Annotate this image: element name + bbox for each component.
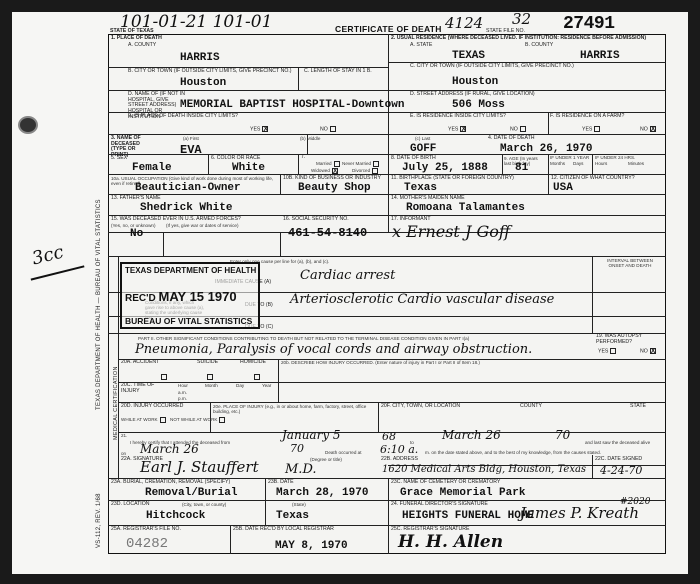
- certificate-number: 27491: [563, 14, 615, 34]
- hours-label: Hours: [595, 161, 607, 166]
- father-label: 13. FATHER'S NAME: [111, 196, 161, 202]
- armed-forces: No: [130, 228, 143, 240]
- under-24-hrs-label: IF UNDER 24 HRS.: [595, 155, 635, 160]
- business-label: 10b. KIND OF BUSINESS OR INDUSTRY: [283, 176, 381, 182]
- registrar-file-label: 25a. REGISTRAR'S FILE NO.: [111, 527, 181, 533]
- street-address: 506 Moss: [452, 99, 505, 111]
- binder-hole: [18, 116, 38, 134]
- homicide-label: HOMICIDE: [240, 360, 266, 366]
- divorced-option[interactable]: Divorced: [352, 168, 378, 174]
- immediate-cause: Cardiac arrest: [300, 268, 395, 283]
- months-label: Months: [550, 161, 565, 166]
- accident-label: 20a. ACCIDENT: [121, 360, 159, 366]
- registrar-signature: H. H. Allen: [398, 532, 503, 552]
- cemetery-label: 23c. NAME OF CEMETERY OR CREMATORY: [391, 480, 500, 486]
- middle-name-label: (b) Middle: [300, 136, 320, 141]
- homicide-checkbox[interactable]: [252, 368, 260, 386]
- hospital-name: MEMORIAL BAPTIST HOSPITAL-Downtown: [180, 99, 404, 111]
- death-inside-city-no[interactable]: NO: [320, 126, 336, 133]
- under-1-year-label: IF UNDER 1 YEAR: [550, 155, 589, 160]
- month-label: Month: [205, 383, 218, 388]
- physician-address: 1620 Medical Arts Bldg, Houston, Texas: [382, 464, 586, 475]
- farm-label: f. IS RESIDENCE ON A FARM?: [550, 114, 624, 120]
- pm-label: p.m.: [178, 396, 187, 401]
- describe-injury-label: 20b. DESCRIBE HOW INJURY OCCURRED. (Ente…: [281, 360, 480, 365]
- mother-name: Romoana Talamantes: [406, 202, 525, 214]
- form-number: VS-112, REV. 1/68: [96, 493, 102, 548]
- armed-forces-sub2: (If yes, give war or dates of service): [166, 223, 239, 228]
- attended-to-year: 70: [555, 428, 570, 442]
- autopsy-label: 19. WAS AUTOPSY PERFORMED?: [596, 334, 662, 345]
- street-label: d. STREET ADDRESS (If rural, give locati…: [410, 92, 535, 98]
- residence-state-label: a. STATE: [410, 43, 432, 49]
- interval-label: INTERVAL BETWEEN ONSET AND DEATH: [600, 258, 660, 268]
- injury-county-label: COUNTY: [520, 404, 542, 410]
- last-name: GOFF: [410, 143, 436, 155]
- residence-inside-city-yes[interactable]: YESX: [448, 126, 466, 133]
- burial-date-label: 23b. DATE: [268, 480, 294, 486]
- death-city-label: b. CITY OR TOWN (If outside city limits,…: [128, 69, 292, 75]
- minutes-label: Minutes: [628, 161, 644, 166]
- never-married-option[interactable]: Never Married: [342, 161, 379, 167]
- birthplace: Texas: [404, 182, 437, 194]
- injury-city-label: 20f. CITY, TOWN, OR LOCATION: [381, 404, 460, 410]
- location-label: 23d. LOCATION: [111, 502, 150, 508]
- married-option[interactable]: Married: [316, 161, 340, 167]
- part2-label: PART II. OTHER SIGNIFICANT CONDITIONS CO…: [138, 336, 469, 341]
- burial-state: Texas: [276, 510, 309, 522]
- armed-forces-label: 15. WAS DECEASED EVER IN U.S. ARMED FORC…: [111, 217, 241, 223]
- ssn-label: 16. SOCIAL SECURITY NO.: [283, 217, 349, 223]
- first-name-label: (a) First: [183, 136, 199, 141]
- informant-signature: x Ernest J Goff: [392, 222, 510, 241]
- date-recd-label: 25b. DATE REC'D BY LOCAL REGISTRAR: [233, 527, 334, 533]
- death-occurred-label: Death occurred at: [325, 450, 362, 455]
- stamp-line1: TEXAS DEPARTMENT OF HEALTH: [125, 266, 256, 275]
- residence-state: TEXAS: [452, 50, 485, 62]
- while-at-work-option[interactable]: WHILE AT WORK: [121, 417, 166, 423]
- injury-occurred-label: 20d. INJURY OCCURRED: [121, 404, 183, 410]
- date-of-death-label: 4. DATE OF DEATH: [488, 136, 535, 142]
- age: 81: [515, 162, 528, 174]
- citizenship: USA: [553, 182, 573, 194]
- year-label: Year: [262, 383, 271, 388]
- residence-county: HARRIS: [580, 50, 620, 62]
- last-seen-date: March 26: [140, 442, 199, 456]
- first-name: EVA: [180, 143, 202, 157]
- business: Beauty Shop: [298, 182, 371, 194]
- autopsy-yes[interactable]: YES: [598, 348, 616, 355]
- death-county: HARRIS: [180, 52, 220, 64]
- place-of-death-label: 1. PLACE OF DEATH: [111, 36, 162, 42]
- residence-inside-city-label: e. IS RESIDENCE INSIDE CITY LIMITS?: [410, 114, 506, 120]
- stamp-line3: BUREAU OF VITAL STATISTICS: [125, 316, 252, 326]
- time-of-death: 6:10 a.: [380, 443, 418, 456]
- death-city: Houston: [180, 77, 226, 89]
- cert-text2: and last saw the deceased alive: [585, 440, 650, 445]
- county-label: a. COUNTY: [128, 43, 156, 49]
- time-of-injury-label: 20c. TIME OF INJURY: [121, 383, 166, 394]
- injury-state-label: STATE: [630, 404, 646, 410]
- not-while-at-work-option[interactable]: NOT WHILE AT WORK: [170, 417, 225, 423]
- citizen-label: 12. CITIZEN OF WHAT COUNTRY?: [551, 176, 635, 182]
- am-label: a.m.: [178, 390, 187, 395]
- sex-label: 5. SEX: [111, 156, 127, 162]
- residence-county-label: b. COUNTY: [525, 43, 553, 49]
- suicide-label: SUICIDE: [197, 360, 218, 366]
- cemetery: Grace Memorial Park: [400, 487, 525, 499]
- marital-num: 7.: [301, 155, 305, 161]
- physician-signature: Earl J. Stauffert: [140, 458, 259, 476]
- margin-vertical-text: TEXAS DEPARTMENT OF HEALTH — BUREAU OF V…: [96, 199, 102, 410]
- handwritten-state-file: 32: [512, 10, 531, 28]
- occupation: Beautician-Owner: [135, 182, 241, 194]
- last-seen-year: 70: [290, 442, 304, 455]
- physician-degree: M.D.: [285, 462, 317, 477]
- funeral-license: #2020: [620, 497, 650, 507]
- location-sub: (City, town, or county): [182, 502, 226, 507]
- funeral-director-label: 24. FUNERAL DIRECTOR'S SIGNATURE: [391, 502, 488, 508]
- sex: Female: [132, 162, 172, 174]
- disposition-label: 23a. BURIAL, CREMATION, REMOVAL (Specify…: [111, 480, 230, 486]
- cert-num: 21.: [121, 433, 127, 438]
- residence-inside-city-no[interactable]: NO: [510, 126, 526, 133]
- date-signed: 4-24-70: [600, 464, 642, 477]
- farm-no[interactable]: NOX: [640, 126, 656, 133]
- physician-address-label: 22b. ADDRESS: [381, 457, 418, 463]
- social-security-number: 461-54-8140: [288, 226, 367, 240]
- attended-to-date: March 26: [442, 428, 501, 442]
- certificate-title: CERTIFICATE OF DEATH: [335, 24, 442, 34]
- days-label: Days: [573, 161, 583, 166]
- death-inside-city-label: e. IS PLACE OF DEATH INSIDE CITY LIMITS?: [128, 114, 238, 120]
- place-of-injury-label: 20e. PLACE OF INJURY (e.g., in or about …: [213, 404, 378, 414]
- residence-city: Houston: [452, 76, 498, 88]
- farm-yes[interactable]: YES: [582, 126, 600, 133]
- date-recd: MAY 8, 1970: [275, 540, 348, 552]
- attended-from-year: 68: [382, 430, 396, 443]
- date-signed-label: 22c. DATE SIGNED: [595, 457, 642, 463]
- received-stamp: TEXAS DEPARTMENT OF HEALTH REC'D MAY 15 …: [120, 262, 260, 329]
- date-of-birth: July 25, 1888: [402, 162, 488, 174]
- burial-location: Hitchcock: [146, 510, 205, 522]
- mother-label: 14. MOTHER'S MAIDEN NAME: [391, 196, 465, 202]
- disposition: Removal/Burial: [145, 487, 237, 499]
- due-to-b: Arteriosclerotic Cardio vascular disease: [290, 292, 554, 307]
- residence-label: 2. USUAL RESIDENCE (Where deceased lived…: [391, 36, 646, 42]
- attended-from-date: January 5: [282, 428, 341, 442]
- widowed-option[interactable]: WidowedX: [311, 168, 338, 174]
- autopsy-no[interactable]: NOX: [640, 348, 656, 355]
- stamp-recd: REC'D MAY 15 1970: [125, 289, 237, 304]
- death-inside-city-yes[interactable]: YESX: [250, 126, 268, 133]
- father-name: Shedrick White: [140, 202, 232, 214]
- length-of-stay-label: c. LENGTH OF STAY in 1 b.: [304, 69, 372, 75]
- date-of-death: March 26, 1970: [500, 143, 592, 155]
- birthplace-label: 11. BIRTHPLACE (State or foreign country…: [391, 176, 514, 182]
- last-name-label: (c) Last: [415, 136, 430, 141]
- residence-city-label: c. CITY OR TOWN (If outside city limits,…: [410, 64, 574, 70]
- location-state-sub: (State): [292, 502, 306, 507]
- part2-conditions: Pneumonia, Paralysis of vocal cords and …: [135, 342, 532, 357]
- funeral-home: HEIGHTS FUNERAL HOME: [402, 510, 534, 522]
- dob-label: 8. DATE OF BIRTH: [391, 156, 436, 162]
- hour-label: Hour: [178, 383, 188, 388]
- cert-text3: m. on the date stated above, and to the …: [425, 450, 601, 455]
- burial-date: March 28, 1970: [276, 487, 368, 499]
- day-label: Day: [236, 383, 244, 388]
- race: White: [232, 162, 265, 174]
- handwritten-ref-mid: 4124: [445, 14, 483, 32]
- registrar-file-no: 04282: [126, 536, 168, 552]
- race-label: 6. COLOR OR RACE: [211, 156, 260, 162]
